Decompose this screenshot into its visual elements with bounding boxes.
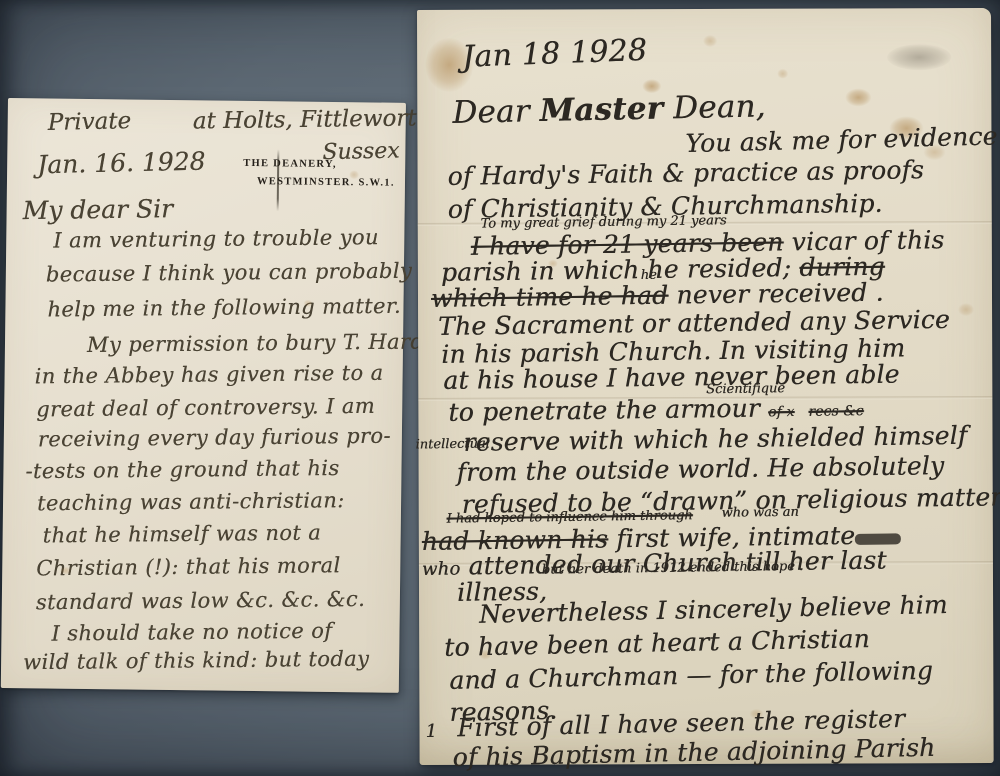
struck-text: of x xyxy=(768,404,795,420)
printed-letterhead: THE DEANERY, WESTMINSTER. S.W.1. xyxy=(243,158,395,189)
stain-spot xyxy=(60,567,71,575)
letter-line: Dear Master Dean, xyxy=(452,88,766,131)
handwritten-text: to penetrate the armour xyxy=(448,393,768,426)
handwritten-text: because I think you can probably xyxy=(46,259,412,287)
letter-line: in the Abbey has given rise to a xyxy=(34,361,383,389)
letter-line: and a Churchman — for the following xyxy=(449,656,933,695)
handwritten-text: Jan 18 1928 xyxy=(461,33,647,75)
handwritten-text: You ask me for evidence xyxy=(685,121,998,158)
handwritten-text: of Hardy's Faith & practice as proofs xyxy=(447,155,924,191)
letter-line: from the outside world. He absolutely xyxy=(456,451,944,487)
letter-line: Nevertheless I sincerely believe him xyxy=(479,590,948,629)
inserted-word: he xyxy=(641,268,657,283)
inserted-word: Scientifique xyxy=(706,381,785,397)
letter-line: I am venturing to trouble you xyxy=(53,225,379,252)
letter-line: Scientifiqueto penetrate the armour of x… xyxy=(448,392,864,427)
stain-spot xyxy=(349,170,359,179)
stain-spot xyxy=(703,35,717,47)
letter-line: teaching was anti-christian: xyxy=(37,488,345,515)
letter-line: of Hardy's Faith & practice as proofs xyxy=(447,155,924,191)
letter-date: Jan. 16. 1928 xyxy=(37,146,206,179)
handwritten-text: Master xyxy=(539,90,663,129)
struck-text: which time he had xyxy=(431,281,669,313)
letter-line: My permission to bury T. Hardy xyxy=(87,329,437,357)
letter-line: that he himself was not a xyxy=(43,521,322,548)
letter-line: to have been at heart a Christian xyxy=(444,624,870,662)
handwritten-text: who xyxy=(422,558,461,580)
handwritten-text: -tests on the ground that his xyxy=(25,456,339,483)
letter-line: help me in the following matter. xyxy=(47,294,401,322)
private-note: Private xyxy=(47,108,131,136)
letter-line: Christian (!): that his moral xyxy=(36,553,341,580)
left-letter-page: Private at Holts, Fittleworth, Sussex Ja… xyxy=(1,98,406,693)
struck-text: recs &c xyxy=(794,403,863,420)
handwritten-text: from the outside world. He absolutely xyxy=(456,451,944,487)
right-letter-page: Jan 18 1928Dear Master Dean,You ask me f… xyxy=(417,8,994,765)
letter-line: standard was low &c. &c. &c. xyxy=(36,587,366,614)
stain-spot xyxy=(303,300,312,307)
handwritten-text: help me in the following matter. xyxy=(47,294,401,322)
return-address-line1: at Holts, Fittleworth, xyxy=(193,105,439,134)
handwritten-text: never received . xyxy=(668,278,884,310)
letter-line: great deal of controversy. I am xyxy=(36,394,375,422)
letter-body: Jan 18 1928Dear Master Dean,You ask me f… xyxy=(417,8,991,10)
handwritten-text: to have been at heart a Christian xyxy=(444,624,870,662)
stain-spot xyxy=(777,69,788,79)
handwritten-text: 1 xyxy=(425,721,437,742)
handwritten-text: teaching was anti-christian: xyxy=(37,488,345,515)
letter-body: I am venturing to trouble youbecause I t… xyxy=(8,98,406,103)
handwritten-text: Nevertheless I sincerely believe him xyxy=(479,590,948,629)
handwritten-text: wild talk of this kind: but today xyxy=(23,647,369,675)
handwritten-text: and a Churchman — for the following xyxy=(449,656,933,695)
handwritten-text: I should take no notice of xyxy=(51,619,332,646)
handwritten-text: that he himself was not a xyxy=(43,521,322,548)
handwritten-text: Dean, xyxy=(663,88,766,126)
stain-spot xyxy=(845,88,871,106)
handwritten-text: in the Abbey has given rise to a xyxy=(34,361,383,389)
letter-line: wild talk of this kind: but today xyxy=(23,647,369,675)
photo-background: Private at Holts, Fittleworth, Sussex Ja… xyxy=(0,0,1000,776)
handwritten-text: My permission to bury T. Hardy xyxy=(87,329,437,357)
ink-blot xyxy=(855,533,901,545)
handwritten-text: standard was low &c. &c. &c. xyxy=(36,587,366,614)
letter-line: -tests on the ground that his xyxy=(25,456,339,483)
inserted-word: intellectual xyxy=(415,436,489,452)
stain-spot xyxy=(958,303,974,316)
handwritten-text: I am venturing to trouble you xyxy=(53,225,379,252)
handwritten-text: Christian (!): that his moral xyxy=(36,553,341,580)
handwritten-text: at his house I have never been able xyxy=(443,360,900,395)
letter-line: Jan 18 1928 xyxy=(461,33,647,75)
letter-line: You ask me for evidence xyxy=(685,121,998,158)
letter-line: at his house I have never been able xyxy=(443,360,900,395)
handwritten-text: Dear xyxy=(452,93,540,131)
inserted-word: who was an xyxy=(721,505,798,521)
letter-line: because I think you can probably xyxy=(46,259,412,287)
stain-smudge xyxy=(887,44,951,70)
letter-line: receiving every day furious pro- xyxy=(38,424,391,452)
handwritten-text: great deal of controversy. I am xyxy=(36,394,375,422)
handwritten-text: receiving every day furious pro- xyxy=(38,424,391,452)
letterhead-line: THE DEANERY, xyxy=(243,158,395,171)
letter-line: I should take no notice of xyxy=(51,619,332,646)
salutation: My dear Sir xyxy=(22,194,173,225)
